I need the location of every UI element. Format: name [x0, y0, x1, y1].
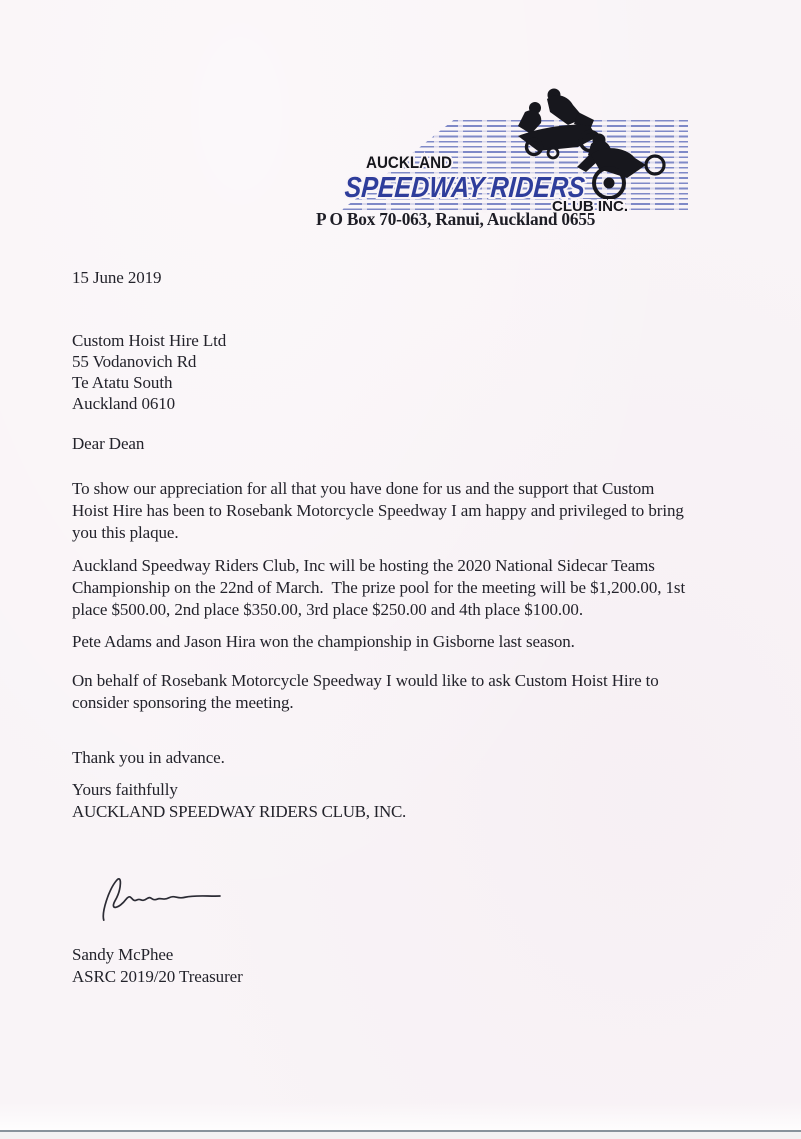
- body-line: Championship on the 22nd of March. The p…: [72, 577, 685, 599]
- closing-organisation: AUCKLAND SPEEDWAY RIDERS CLUB, INC.: [72, 801, 406, 823]
- body-line: Auckland Speedway Riders Club, Inc will …: [72, 555, 685, 577]
- closing-phrase: Yours faithfully: [72, 779, 406, 801]
- recipient-line: Auckland 0610: [72, 393, 226, 414]
- body-line: Pete Adams and Jason Hira won the champi…: [72, 631, 575, 653]
- body-line: On behalf of Rosebank Motorcycle Speedwa…: [72, 670, 659, 692]
- letter-page: AUCKLAND SPEEDWAY RIDERS CLUB INC. P O B…: [0, 0, 801, 1139]
- scan-page-edge: [0, 1130, 801, 1139]
- logo-artwork: AUCKLAND SPEEDWAY RIDERS CLUB INC.: [338, 84, 690, 216]
- letterhead-address: P O Box 70-063, Ranui, Auckland 0655: [316, 209, 595, 230]
- handwritten-signature: [95, 864, 232, 932]
- body-line: Thank you in advance.: [72, 747, 225, 769]
- salutation: Dear Dean: [72, 434, 144, 454]
- body-line: To show our appreciation for all that yo…: [72, 478, 684, 500]
- solo-rider-icon: [577, 134, 664, 199]
- paragraph-championship: Auckland Speedway Riders Club, Inc will …: [72, 555, 685, 621]
- body-line: Hoist Hire has been to Rosebank Motorcyc…: [72, 500, 684, 522]
- recipient-line: 55 Vodanovich Rd: [72, 351, 226, 372]
- sidecar-riders-icon: [518, 89, 600, 159]
- signature-icon: [95, 864, 232, 927]
- signatory-block: Sandy McPhee ASRC 2019/20 Treasurer: [72, 944, 243, 988]
- club-logo: AUCKLAND SPEEDWAY RIDERS CLUB INC.: [338, 84, 690, 216]
- logo-text-speedway-riders: SPEEDWAY RIDERS: [344, 172, 587, 204]
- signatory-name: Sandy McPhee: [72, 944, 243, 966]
- paragraph-last-season: Pete Adams and Jason Hira won the champi…: [72, 631, 575, 653]
- logo-text-auckland: AUCKLAND: [366, 153, 452, 172]
- letter-date: 15 June 2019: [72, 268, 161, 288]
- paragraph-sponsorship-ask: On behalf of Rosebank Motorcycle Speedwa…: [72, 670, 659, 714]
- recipient-address: Custom Hoist Hire Ltd 55 Vodanovich Rd T…: [72, 330, 226, 414]
- body-line: you this plaque.: [72, 522, 684, 544]
- scan-light-streak: [0, 1102, 801, 1132]
- recipient-line: Custom Hoist Hire Ltd: [72, 330, 226, 351]
- body-line: consider sponsoring the meeting.: [72, 692, 659, 714]
- signatory-title: ASRC 2019/20 Treasurer: [72, 966, 243, 988]
- body-line: place $500.00, 2nd place $350.00, 3rd pl…: [72, 599, 685, 621]
- recipient-line: Te Atatu South: [72, 372, 226, 393]
- paragraph-thanks: Thank you in advance.: [72, 747, 225, 769]
- closing-block: Yours faithfully AUCKLAND SPEEDWAY RIDER…: [72, 779, 406, 823]
- paragraph-appreciation: To show our appreciation for all that yo…: [72, 478, 684, 544]
